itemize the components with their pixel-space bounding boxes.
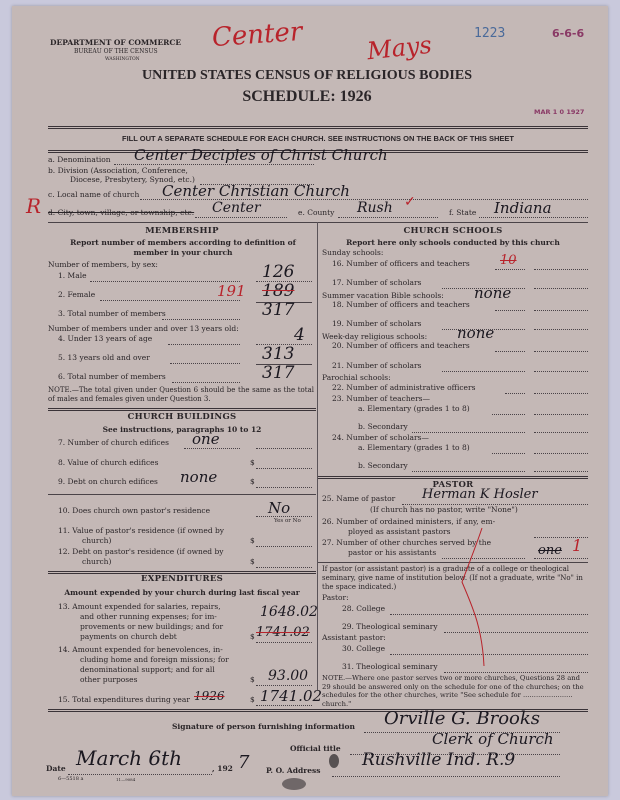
q11-label-2: church) [82, 536, 111, 545]
q15-total-field[interactable]: 1741.02 [260, 687, 322, 705]
q22-value-field[interactable] [534, 393, 588, 394]
received-stamp: MAR 1 0 1927 [534, 108, 584, 116]
q30-label: 30. College [342, 644, 385, 653]
q16-officers-field[interactable]: 10 [500, 253, 517, 268]
q6-total-field[interactable]: 317 [262, 363, 294, 383]
q19-value-field[interactable] [534, 329, 588, 330]
identity-rule [48, 222, 588, 223]
q14-line-4: other purposes [80, 675, 137, 684]
q14-line-2: cluding home and foreign missions; for [80, 655, 229, 664]
q20-value-field[interactable] [534, 351, 588, 352]
q21-value-field[interactable] [534, 371, 588, 372]
q13-dollar: $ [250, 632, 255, 641]
q24a-dots [492, 453, 525, 454]
q25-label: 25. Name of pastor [322, 494, 395, 503]
city-dots [195, 217, 287, 218]
dept-label: DEPARTMENT OF COMMERCE [50, 38, 181, 48]
q14-line-3: denominational support; and for all [80, 665, 215, 674]
q23a-dots [492, 414, 525, 415]
year-prefix: , 192 [212, 764, 233, 773]
q7-value-line [256, 448, 312, 449]
q4-label: 4. Under 13 years of age [58, 334, 152, 343]
q13-value-line [256, 642, 312, 643]
q13-struck-amount: 1741.02 [256, 625, 310, 640]
city-field[interactable]: Center [212, 200, 261, 216]
membership-note: NOTE.—The total given under Question 6 s… [48, 386, 314, 404]
weekday-value[interactable]: none [457, 324, 494, 342]
denomination-dots [114, 164, 314, 165]
check-mark-icon: ✓ [404, 194, 416, 210]
local-name-label: c. Local name of church [48, 190, 139, 199]
q1-label: 1. Male [58, 271, 87, 280]
q14-line-1: 14. Amount expended for benevolences, in… [58, 645, 223, 654]
division-label-1: b. Division (Association, Conference, [48, 166, 188, 175]
address-dots [332, 776, 560, 777]
official-title-label: Official title [290, 744, 341, 753]
date-label: Date [46, 764, 66, 773]
q5-label: 5. 13 years old and over [58, 353, 150, 362]
code-stamp: 6-6-6 [552, 27, 584, 40]
q18-dots [495, 310, 525, 311]
schools-title: CHURCH SCHOOLS [318, 226, 588, 236]
county-field[interactable]: Rush [357, 200, 393, 216]
q23a-value-field[interactable] [534, 414, 588, 415]
buildings-subtitle: See instructions, paragraphs 10 to 12 [48, 425, 316, 435]
annotation-mays: Mays [366, 31, 433, 66]
year-digit-field[interactable]: 7 [238, 752, 249, 773]
q2-label: 2. Female [58, 290, 95, 299]
census-schedule-sheet: DEPARTMENT OF COMMERCE BUREAU OF THE CEN… [12, 6, 608, 796]
q9-dollar: $ [250, 477, 255, 486]
q24a-value-field[interactable] [534, 453, 588, 454]
q2-dots [100, 300, 240, 301]
state-dots [479, 217, 588, 218]
q9-debt-field[interactable]: none [180, 468, 217, 486]
q7-edifices-field[interactable]: one [192, 430, 220, 448]
denomination-field[interactable]: Center Deciples of Christ Church [134, 146, 388, 164]
city-label: d. City, town, village, or township, etc… [48, 208, 194, 217]
by-age-label: Number of members under and over 13 year… [48, 324, 239, 333]
q17-value-field[interactable] [534, 288, 588, 289]
schools-rule [318, 476, 588, 479]
q13-line-3: provements or new buildings; and for [80, 622, 223, 631]
q24a-label: a. Elementary (grades 1 to 8) [358, 443, 470, 452]
q8-label: 8. Value of church edifices [58, 458, 158, 467]
q18-value-field[interactable] [534, 310, 588, 311]
q7-label: 7. Number of church edifices [58, 438, 169, 447]
denomination-label: a. Denomination [48, 155, 111, 164]
weekday-label: Week-day religious schools: [322, 332, 427, 341]
official-title-field[interactable]: Clerk of Church [432, 730, 554, 748]
q15-dollar: $ [250, 695, 255, 704]
q23b-value-field[interactable] [534, 432, 588, 433]
q26-label-1: 26. Number of ordained ministers, if any… [322, 517, 495, 526]
signature-field[interactable]: Orville G. Brooks [384, 708, 540, 729]
q14-value-line [256, 685, 312, 686]
q17-label: 17. Number of scholars [332, 278, 421, 287]
q11-dollar: $ [250, 536, 255, 545]
q16-label: 16. Number of officers and teachers [332, 259, 470, 268]
q21-label: 21. Number of scholars [332, 361, 421, 370]
state-field[interactable]: Indiana [494, 199, 552, 217]
q23b-label: b. Secondary [358, 422, 408, 431]
summer-label: Summer vacation Bible schools: [322, 291, 444, 300]
county-dots [338, 217, 438, 218]
form-title: UNITED STATES CENSUS OF RELIGIOUS BODIES [72, 68, 542, 84]
q2-correction: 191 [217, 282, 246, 300]
q15-label: 15. Total expenditures during year [58, 695, 190, 704]
schools-subtitle: Report here only schools conducted by th… [318, 238, 588, 248]
date-field[interactable]: March 6th [76, 746, 182, 770]
q27-value-line [534, 558, 588, 559]
q6-dots [172, 382, 240, 383]
q10-residence-field[interactable]: No [268, 499, 290, 517]
q14-amount-field[interactable]: 93.00 [268, 668, 308, 684]
q15-value-line [256, 705, 312, 706]
q12-dollar: $ [250, 557, 255, 566]
county-label: e. County [298, 208, 334, 217]
annotation-center: Center [211, 17, 303, 53]
assistant-subhead: Assistant pastor: [322, 633, 386, 642]
q16-dots [495, 269, 525, 270]
by-sex-label: Number of members, by sex: [48, 260, 158, 269]
q3-total-field[interactable]: 317 [262, 300, 294, 320]
q31-label: 31. Theological seminary [342, 662, 438, 671]
membership-subtitle: Report number of members according to de… [52, 238, 314, 258]
q19-label: 19. Number of scholars [332, 319, 421, 328]
q15-year: 1926 [194, 689, 225, 703]
q21-dots [442, 371, 525, 372]
q25-pastor-name-field[interactable]: Herman K Hosler [422, 487, 538, 502]
serial-number: 1223 [474, 26, 505, 41]
q24b-label: b. Secondary [358, 461, 408, 470]
pastor-subhead: Pastor: [322, 593, 349, 602]
q13-line-1: 13. Amount expended for salaries, repair… [58, 602, 221, 611]
summer-value[interactable]: none [474, 284, 511, 302]
q25-hint: (If church has no pastor, write "None") [370, 505, 518, 514]
q23-label: 23. Number of teachers— [332, 394, 430, 403]
q27-other-churches-field[interactable]: one [538, 543, 562, 558]
instruction-banner: FILL OUT A SEPARATE SCHEDULE FOR EACH CH… [48, 134, 588, 143]
q12-label-2: church) [82, 557, 111, 566]
q20-dots [495, 351, 525, 352]
q4-under13-field[interactable]: 4 [294, 325, 305, 345]
q9-label: 9. Debt on church edifices [58, 477, 158, 486]
q28-label: 28. College [342, 604, 385, 613]
q29-label: 29. Theological seminary [342, 622, 438, 631]
date-dots [68, 774, 212, 775]
q22-dots [505, 393, 525, 394]
expenditures-title: EXPENDITURES [48, 574, 316, 584]
q8-dollar: $ [250, 458, 255, 467]
q27-label-2: pastor or his assistants [348, 548, 436, 557]
q5-over13-field[interactable]: 313 [262, 344, 294, 364]
q20-label: 20. Number of officers and teachers [332, 341, 470, 350]
q2-female-field[interactable]: 189 [262, 281, 294, 301]
sunday-label: Sunday schools: [322, 248, 383, 257]
q12-value-field[interactable] [256, 567, 312, 568]
q11-value-field[interactable] [256, 546, 312, 547]
q5-dots [170, 363, 240, 364]
buildings-mid-rule [48, 494, 316, 495]
pastor-note: NOTE.—Where one pastor serves two or mor… [322, 674, 586, 708]
q7-dots [184, 448, 240, 449]
header-rule-top [48, 126, 588, 129]
q14-dollar: $ [250, 675, 255, 684]
state-label: f. State [449, 208, 476, 217]
margin-mark-r: R [26, 194, 41, 218]
q24b-value-field[interactable] [534, 471, 588, 472]
ink-blot [282, 778, 306, 790]
address-label: P. O. Address [266, 766, 320, 775]
signature-label: Signature of person furnishing informati… [172, 722, 355, 731]
q22-label: 22. Number of administrative officers [332, 383, 475, 392]
schedule-title: SCHEDULE: 1926 [172, 88, 442, 106]
q4-dots [168, 344, 240, 345]
city-label-text: d. City, town, village, or township, etc… [48, 208, 194, 217]
address-field[interactable]: Rushville Ind. R.9 [362, 750, 515, 770]
q13-line-4: payments on church debt [80, 632, 177, 641]
local-name-field[interactable]: Center Christian Church [162, 182, 350, 200]
form-code-2: 11—9084 [116, 777, 135, 782]
membership-rule [48, 408, 316, 411]
q6-label: 6. Total number of members [58, 372, 166, 381]
q13-line-2: and other running expenses; for im- [80, 612, 217, 621]
buildings-title: CHURCH BUILDINGS [48, 412, 316, 422]
q3-label: 3. Total number of members [58, 309, 166, 318]
ink-blot [329, 754, 339, 768]
annotation-curve-icon [432, 526, 492, 676]
city-label: WASHINGTON [105, 57, 140, 62]
membership-title: MEMBERSHIP [48, 226, 316, 236]
q8-value-field[interactable] [256, 468, 312, 469]
q11-label-1: 11. Value of pastor's residence (if owne… [58, 526, 224, 535]
q24b-dots [412, 471, 525, 472]
q18-label: 18. Number of officers and teachers [332, 300, 470, 309]
q16-value-line [534, 269, 588, 270]
bureau-label: BUREAU OF THE CENSUS [74, 48, 158, 55]
q3-dots [162, 319, 240, 320]
q1-male-field[interactable]: 126 [262, 262, 294, 282]
q10-label: 10. Does church own pastor's residence [58, 506, 210, 515]
yes-no-hint: Yes or No [274, 518, 301, 524]
q13-amount-field[interactable]: 1648.02 [260, 604, 318, 620]
q23a-label: a. Elementary (grades 1 to 8) [358, 404, 470, 413]
q9-value-line [256, 487, 312, 488]
q27-correction: 1 [572, 536, 582, 555]
parochial-label: Parochial schools: [322, 373, 391, 382]
form-code-1: 6—5518 a [58, 776, 83, 782]
q24-label: 24. Number of scholars— [332, 433, 429, 442]
expenditures-subtitle: Amount expended by your church during la… [48, 588, 316, 598]
q12-label-1: 12. Debt on pastor's residence (if owned… [58, 547, 224, 556]
